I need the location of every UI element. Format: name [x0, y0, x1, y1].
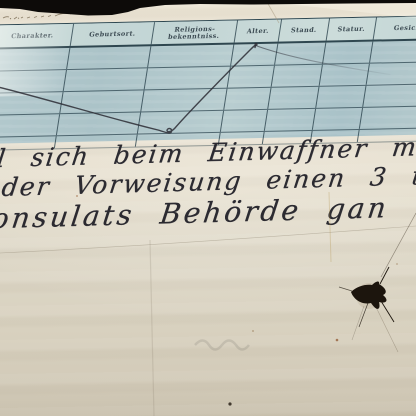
empty-cell [148, 45, 234, 68]
column-header-geburtsort: Geburtsort. [71, 22, 155, 46]
handwriting-block: hl sich beim Einwaffner m inder Vorweisu… [0, 125, 416, 256]
column-header-gesicht: Gesicht. [374, 16, 416, 40]
empty-cell [231, 44, 278, 66]
empty-cell [313, 108, 363, 130]
empty-cell [0, 92, 64, 115]
empty-cell [0, 114, 60, 137]
empty-cell [141, 89, 227, 112]
photograph-of-historical-document: Charakter. Geburtsort. Religions- bekenn… [0, 0, 416, 416]
column-header-statur: Statur. [327, 18, 377, 41]
printed-form-table: Charakter. Geburtsort. Religions- bekenn… [0, 15, 416, 144]
empty-cell [268, 87, 319, 109]
empty-cell [323, 42, 373, 64]
empty-cell [67, 46, 151, 69]
empty-cell [370, 40, 416, 63]
empty-cell [145, 67, 231, 90]
empty-cell [228, 66, 275, 88]
empty-cell [64, 68, 148, 91]
empty-cell [320, 64, 370, 86]
column-header-religion: Religions- bekenntniss. [152, 20, 238, 44]
empty-cell [60, 90, 144, 113]
empty-cell [57, 112, 141, 135]
empty-cell [272, 65, 323, 87]
empty-cell [0, 48, 70, 71]
empty-cell [0, 70, 67, 93]
empty-cell [138, 111, 224, 134]
column-header-stand: Stand. [279, 19, 330, 42]
column-header-alter: Alter. [235, 20, 282, 43]
empty-cell [221, 110, 268, 132]
empty-cell [265, 109, 316, 131]
column-header-charakter: Charakter. [0, 24, 74, 48]
empty-cell [367, 62, 416, 85]
empty-cell [275, 43, 326, 65]
empty-cell [363, 84, 416, 107]
empty-cell [316, 86, 366, 108]
empty-cell [224, 88, 271, 110]
